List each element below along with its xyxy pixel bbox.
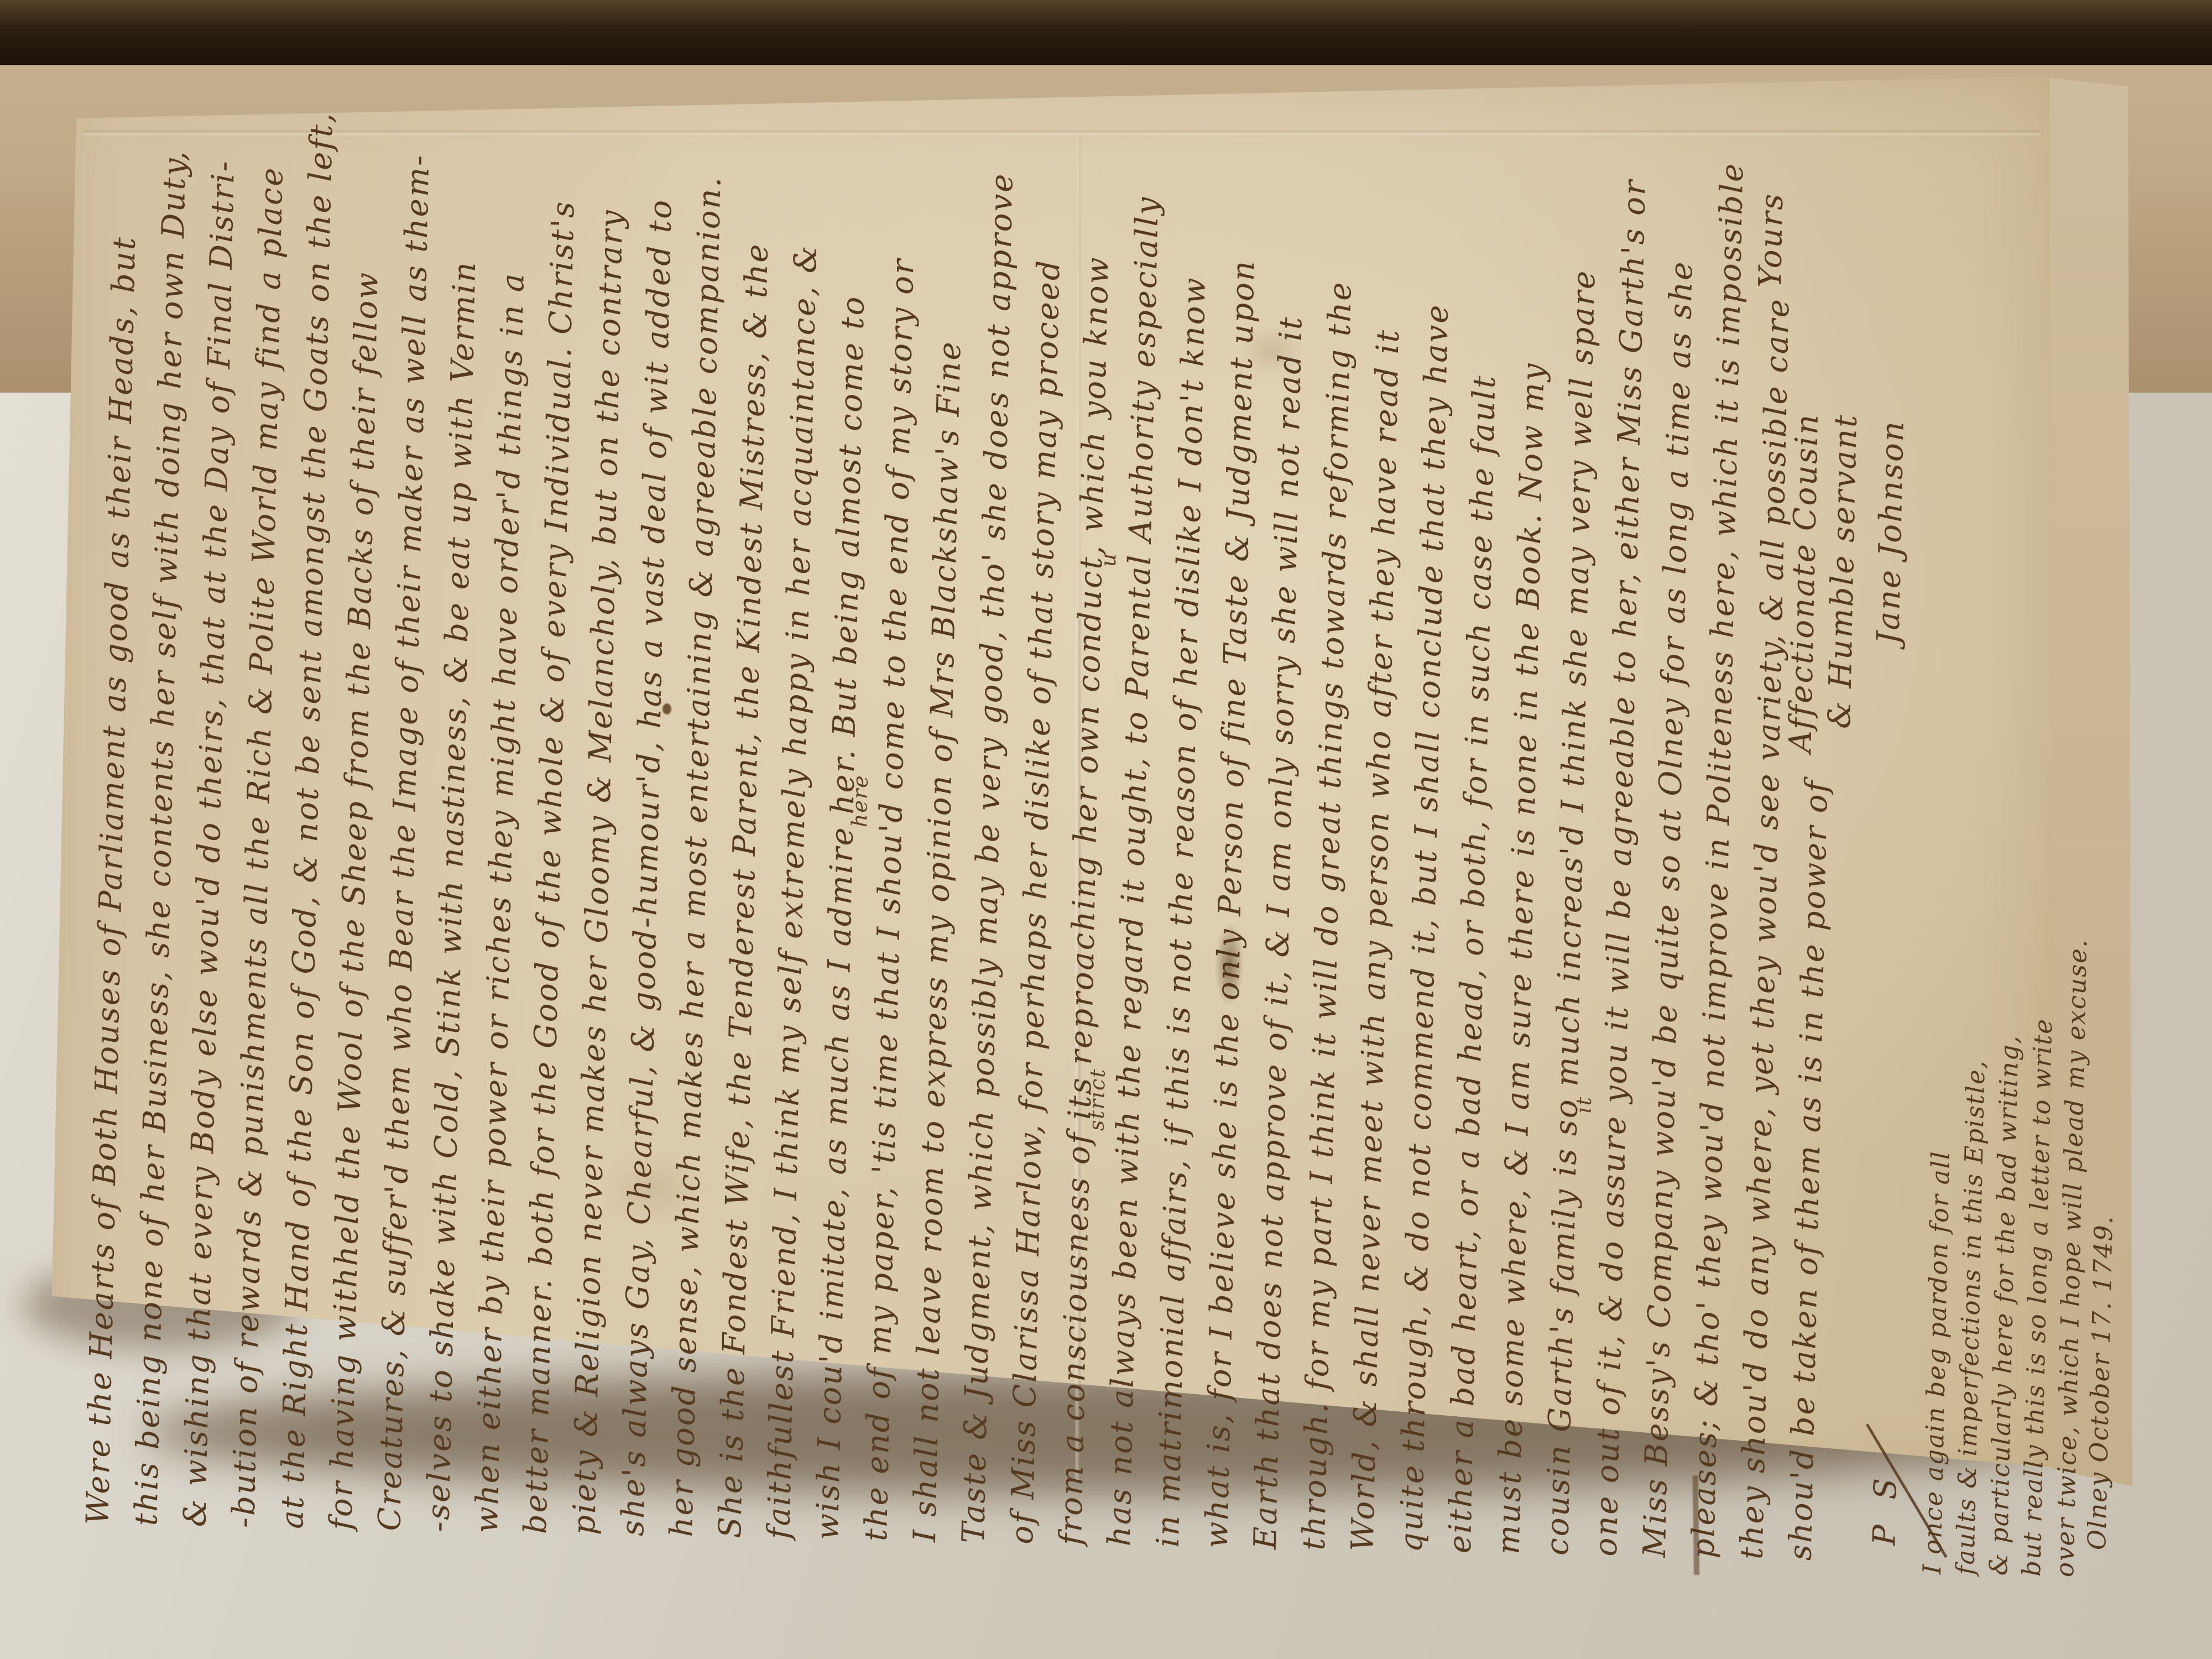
table-front-dark-strip xyxy=(0,0,2212,65)
ink-blot-correction xyxy=(1214,923,1244,1006)
postscript-marker: P S xyxy=(1866,1470,1904,1546)
interlinear-insertion: it xyxy=(1571,1096,1596,1114)
interlinear-insertion: strict xyxy=(1084,1068,1110,1131)
signature-name: Jane Johnson xyxy=(1870,420,1911,645)
letter-closing: Yours xyxy=(1752,192,1791,288)
interlinear-insertion: u xyxy=(1096,552,1121,567)
interlinear-insertion: here xyxy=(847,774,873,828)
signature-line: Affectionate Cousin xyxy=(1782,413,1825,753)
photo-of-letter: Were the Hearts of Both Houses of Parlia… xyxy=(0,0,2212,1659)
letter-text-rotated: Were the Hearts of Both Houses of Parlia… xyxy=(62,70,2138,1589)
signature-line: & Humble servant xyxy=(1822,413,1864,729)
